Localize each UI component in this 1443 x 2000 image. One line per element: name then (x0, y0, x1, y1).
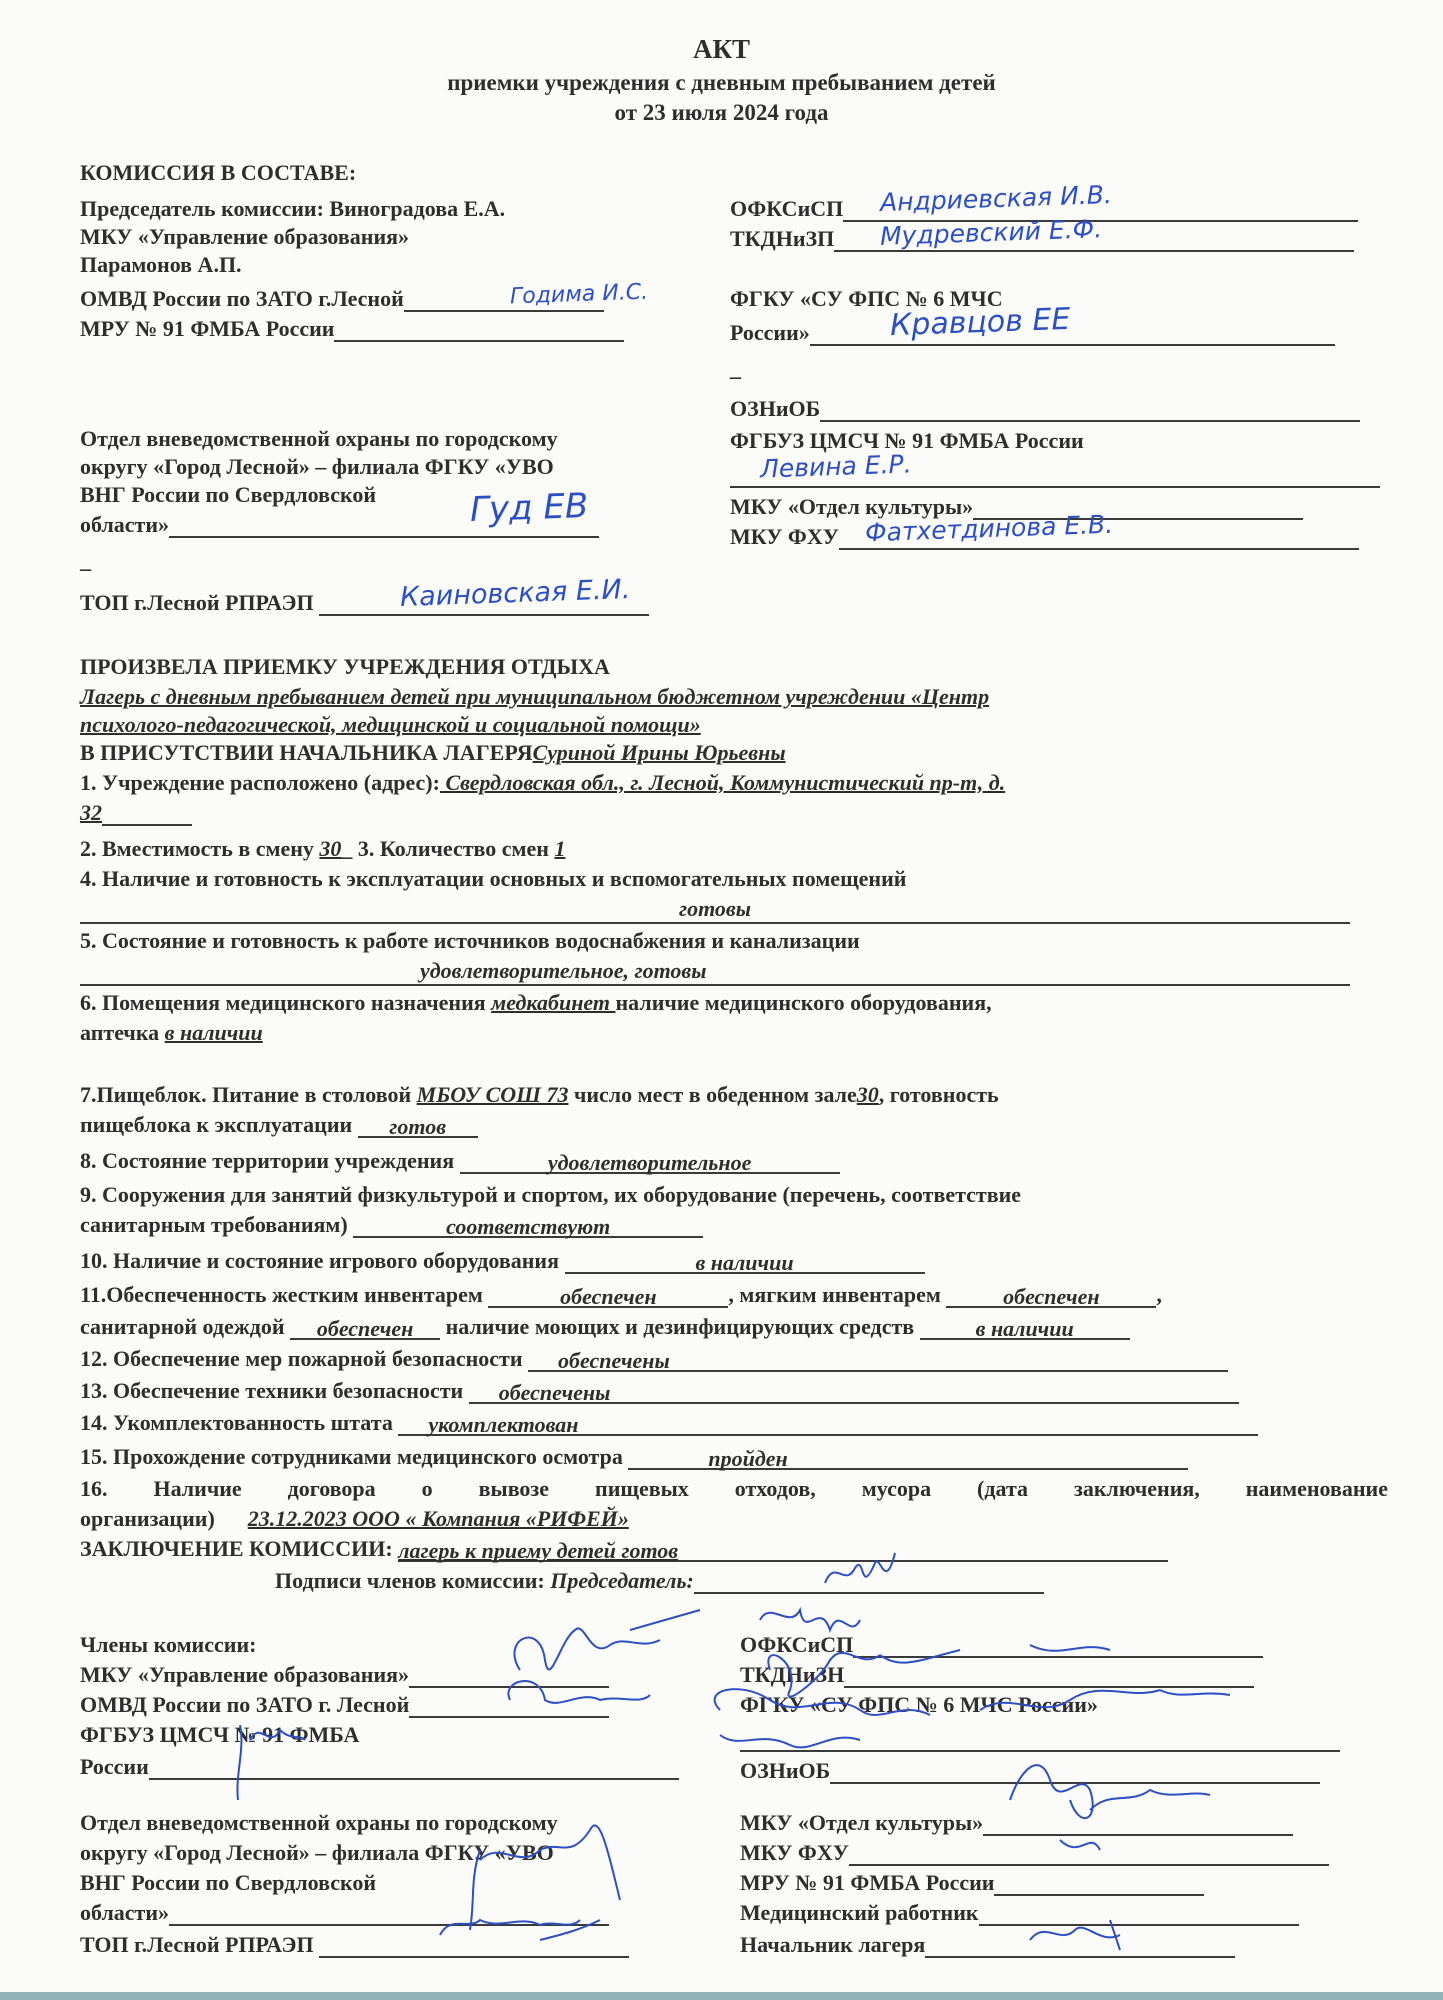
item-16-label-2: организации) (80, 1506, 215, 1531)
item-11-field-3: обеспечен (290, 1316, 440, 1340)
mru-label: МРУ № 91 ФМБА России (80, 316, 334, 341)
item-8: 8. Состояние территории учреждения удовл… (80, 1148, 840, 1174)
item-12-label: 12. Обеспечение мер пожарной безопасност… (80, 1346, 528, 1371)
fhu-label: МКУ ФХУ (730, 524, 839, 549)
item-11: 11.Обеспеченность жестким инвентарем обе… (80, 1282, 1162, 1308)
item-11-label-4: наличие моющих и дезинфицирующих средств (440, 1314, 920, 1339)
item-1-address: Свердловская обл., г. Лесной, Коммунисти… (440, 770, 1005, 795)
item-7-seats: 30 (857, 1082, 879, 1107)
item-12-field: обеспечены (528, 1348, 1228, 1372)
item-15-field: пройден (628, 1446, 1188, 1470)
item-12: 12. Обеспечение мер пожарной безопасност… (80, 1346, 1228, 1372)
dash-mark: _ (80, 548, 91, 574)
conclusion-field: лагерь к приему детей готов (398, 1538, 1168, 1562)
dash-mark-right: _ (730, 356, 741, 382)
item-16-label: 16. Наличие договора о вывозе пищевых от… (80, 1476, 1388, 1502)
item-1-label: 1. Учреждение расположено (адрес): (80, 770, 440, 795)
item-14-field: укомплектован (398, 1412, 1258, 1436)
item-7-canteen: МБОУ СОШ 73 (417, 1082, 569, 1107)
fgbuz-signature: Левина Е.Р. (760, 449, 912, 483)
ovo-line-2: округу «Город Лесной» – филиала ФГКУ «УВ… (80, 454, 554, 480)
ovo-signature: Гуд ЕВ (469, 486, 589, 530)
camp-name-line-2: психолого-педагогической, медицинской и … (80, 712, 701, 738)
signatures-line: Подписи членов комиссии: Председатель: (275, 1568, 1044, 1594)
item-16-cont: организации) 23.12.2023 ООО « Компания «… (80, 1506, 629, 1532)
ofksisp-label: ОФКСиСП (730, 196, 843, 221)
item-16-value: 23.12.2023 ООО « Компания «РИФЕЙ» (248, 1506, 629, 1531)
edu-name: Парамонов А.П. (80, 252, 242, 278)
fgku-signature-field (810, 322, 1335, 346)
scan-edge (0, 1992, 1443, 2000)
item-5-field: удовлетворительное, готовы (80, 958, 1350, 986)
chair-line: Председатель комиссии: Виноградова Е.А. (80, 196, 505, 222)
item-12-value: обеспечены (558, 1348, 670, 1373)
tkdnizp-label: ТКДНиЗП (730, 226, 834, 251)
item-9-cont: санитарным требованиям) соответствуют (80, 1212, 703, 1238)
conclusion-line: ЗАКЛЮЧЕНИЕ КОМИССИИ: лагерь к приему дет… (80, 1536, 1168, 1562)
conclusion-value: лагерь к приему детей готов (398, 1538, 678, 1563)
act-document: АКТ приемки учреждения с дневным пребыва… (0, 0, 1443, 2000)
acceptance-heading: ПРОИЗВЕЛА ПРИЕМКУ УЧРЕЖДЕНИЯ ОТДЫХА (80, 654, 610, 680)
camp-head-name: Суриной Ирины Юрьевны (533, 740, 786, 765)
item-1-cont: 32 (80, 800, 192, 826)
item-4-label: 4. Наличие и готовность к эксплуатации о… (80, 866, 906, 892)
document-subtitle: приемки учреждения с дневным пребыванием… (0, 70, 1443, 96)
oznob-label: ОЗНиОБ (730, 396, 820, 421)
oznob-signature-field (820, 398, 1360, 422)
item-11-field-1: обеспечен (488, 1284, 728, 1308)
item-5-value: удовлетворительное, готовы (420, 958, 707, 983)
item-9-field: соответствуют (353, 1214, 703, 1238)
item-10: 10. Наличие и состояние игрового оборудо… (80, 1248, 925, 1274)
item-9-label-2: санитарным требованиям) (80, 1212, 353, 1237)
item-1-address-cont: 32 (80, 800, 102, 825)
mru-line: МРУ № 91 ФМБА России (80, 316, 624, 342)
item-6-label-2: наличие медицинского оборудования, (616, 990, 992, 1015)
item-11-value-1: обеспечен (560, 1284, 656, 1309)
item-11-value-4: в наличии (976, 1316, 1074, 1341)
item-11-field-2: обеспечен (946, 1284, 1156, 1308)
item-8-label: 8. Состояние территории учреждения (80, 1148, 460, 1173)
item-3-value: 1 (554, 836, 565, 861)
item-14-label: 14. Укомплектованность штата (80, 1410, 398, 1435)
fgku-signature: Кравцов ЕЕ (889, 302, 1070, 343)
item-13-label: 13. Обеспечение техники безопасности (80, 1378, 469, 1403)
item-8-value: удовлетворительное (548, 1150, 751, 1175)
item-13-field: обеспечены (469, 1380, 1239, 1404)
item-2-label: 2. Вместимость в смену (80, 836, 319, 861)
item-8-field: удовлетворительное (460, 1150, 840, 1174)
mru-signature-field (334, 318, 624, 342)
item-2-value: 30 (319, 836, 341, 861)
commission-heading: КОМИССИЯ В СОСТАВЕ: (80, 160, 356, 186)
item-15: 15. Прохождение сотрудниками медицинског… (80, 1444, 1188, 1470)
item-11-cont: санитарной одеждой обеспечен наличие мою… (80, 1314, 1130, 1340)
fgku-label: России» (730, 320, 810, 345)
item-11-value-2: обеспечен (1003, 1284, 1099, 1309)
item-6-value-2: в наличии (165, 1020, 263, 1045)
item-7: 7.Пищеблок. Питание в столовой МБОУ СОШ … (80, 1082, 999, 1108)
item-1-underline (102, 802, 192, 826)
item-10-value: в наличии (695, 1250, 793, 1275)
item-11-label: 11.Обеспеченность жестким инвентарем (80, 1282, 488, 1307)
omvd-label: ОМВД России по ЗАТО г.Лесной (80, 286, 404, 311)
chair-signature (820, 1548, 900, 1608)
member-signatures-ink (0, 1600, 1443, 2000)
item-11-field-4: в наличии (920, 1316, 1130, 1340)
item-2-3: 2. Вместимость в смену 30_ 3. Количество… (80, 836, 565, 862)
omvd-signature: Годима И.С. (510, 280, 649, 310)
oznob-line: ОЗНиОБ (730, 396, 1360, 422)
item-7-label-3: , готовность (879, 1082, 999, 1107)
item-6-value: медкабинет (491, 990, 615, 1015)
item-6-label: 6. Помещения медицинского назначения (80, 990, 491, 1015)
item-13-value: обеспечены (499, 1380, 611, 1405)
edu-org: МКУ «Управление образования» (80, 224, 409, 250)
item-6-cont: аптечка в наличии (80, 1020, 263, 1046)
item-3-label: 3. Количество смен (358, 836, 555, 861)
item-6-label-3: аптечка (80, 1020, 165, 1045)
ovo-label: области» (80, 512, 169, 537)
ovo-line-3: ВНГ России по Свердловской (80, 482, 376, 508)
item-9-label: 9. Сооружения для занятий физкультурой и… (80, 1182, 1021, 1208)
camp-name-line-1: Лагерь с дневным пребыванием детей при м… (80, 684, 989, 710)
item-10-label: 10. Наличие и состояние игрового оборудо… (80, 1248, 565, 1273)
presence-label: В ПРИСУТСТВИИ НАЧАЛЬНИКА ЛАГЕРЯ (80, 740, 533, 765)
item-11-value-3: обеспечен (317, 1316, 413, 1341)
item-14: 14. Укомплектованность штата укомплектов… (80, 1410, 1258, 1436)
item-7-field: готов (358, 1114, 478, 1138)
item-10-field: в наличии (565, 1250, 925, 1274)
item-4-value: готовы (679, 896, 751, 921)
top-label: ТОП г.Лесной РПРАЭП (80, 590, 314, 615)
signatures-label: Подписи членов комиссии: (275, 1568, 550, 1593)
item-11-label-2: , мягким инвентарем (728, 1282, 946, 1307)
item-15-value: пройден (708, 1446, 787, 1471)
item-1: 1. Учреждение расположено (адрес): Сверд… (80, 770, 1388, 796)
item-4-field: готовы (80, 896, 1350, 924)
chair-label: Председатель: (550, 1568, 694, 1593)
item-11-label-3: санитарной одеждой (80, 1314, 290, 1339)
ovo-line-1: Отдел вневедомственной охраны по городск… (80, 426, 558, 452)
item-5-label: 5. Состояние и готовность к работе источ… (80, 928, 860, 954)
item-6: 6. Помещения медицинского назначения мед… (80, 990, 992, 1016)
conclusion-label: ЗАКЛЮЧЕНИЕ КОМИССИИ: (80, 1536, 398, 1561)
presence-line: В ПРИСУТСТВИИ НАЧАЛЬНИКА ЛАГЕРЯСуриной И… (80, 740, 786, 766)
item-14-value: укомплектован (428, 1412, 578, 1437)
document-date: от 23 июля 2024 года (0, 100, 1443, 126)
item-7-ready: готов (389, 1114, 446, 1139)
item-7-label-4: пищеблока к эксплуатации (80, 1112, 358, 1137)
item-7-label: 7.Пищеблок. Питание в столовой (80, 1082, 417, 1107)
item-15-label: 15. Прохождение сотрудниками медицинског… (80, 1444, 628, 1469)
document-title: АКТ (0, 36, 1443, 62)
item-9-value: соответствуют (446, 1214, 610, 1239)
item-7-label-2: число мест в обеденном зале (568, 1082, 856, 1107)
item-13: 13. Обеспечение техники безопасности обе… (80, 1378, 1239, 1404)
item-7-cont: пищеблока к эксплуатации готов (80, 1112, 478, 1138)
